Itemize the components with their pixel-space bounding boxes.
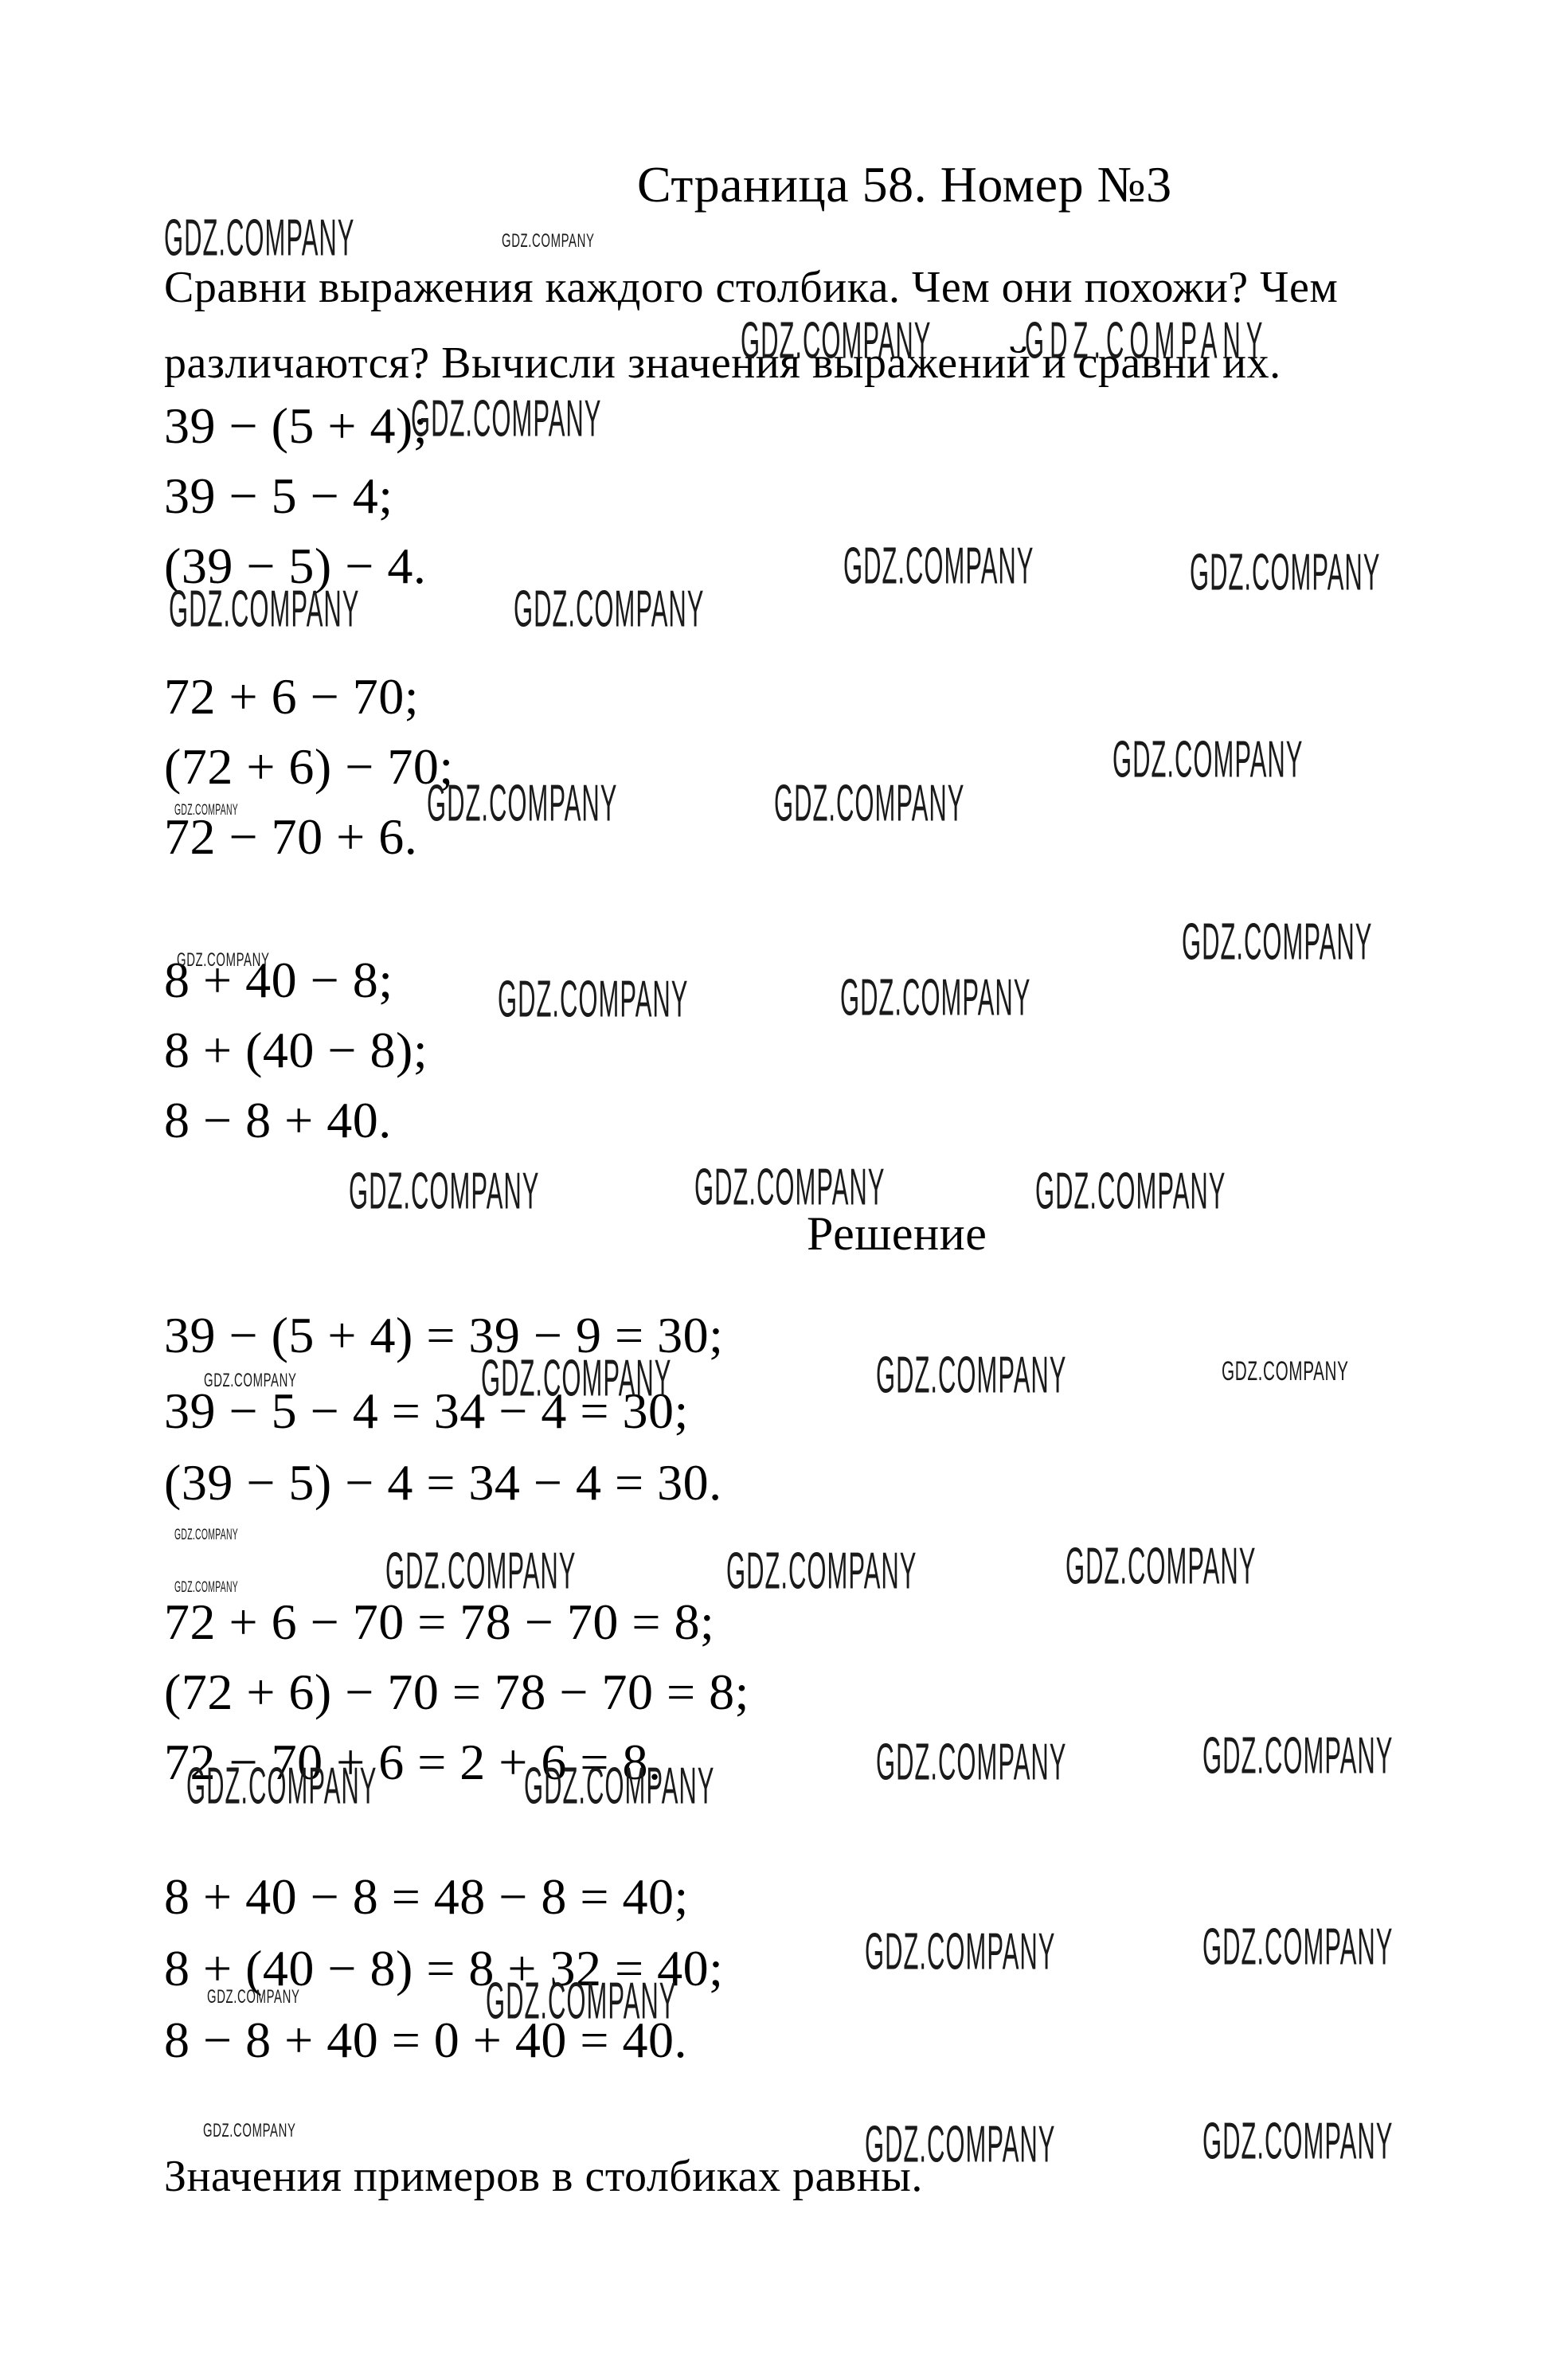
watermark: GDZ.COMPANY xyxy=(502,232,595,251)
expression-line: 8 − 8 + 40. xyxy=(164,1095,392,1146)
watermark: GDZ.COMPANY xyxy=(174,1527,238,1543)
watermark: GDZ.COMPANY xyxy=(207,1988,300,2007)
watermark: GDZ.COMPANY xyxy=(1035,1166,1226,1218)
watermark: GDZ.COMPANY xyxy=(1202,1922,1393,1973)
watermark: GDZ.COMPANY xyxy=(186,1761,377,1813)
watermark: GDZ.COMPANY xyxy=(203,2121,296,2141)
watermark: GDZ.COMPANY xyxy=(385,1546,576,1597)
watermark: GDZ.COMPANY xyxy=(1190,547,1380,599)
expression-line: 39 − (5 + 4); xyxy=(164,401,428,452)
solution-heading: Решение xyxy=(807,1210,987,1257)
watermark: GDZ.COMPANY xyxy=(774,778,964,830)
expression-line: 72 − 70 + 6. xyxy=(164,811,417,862)
watermark: GDZ.COMPANY xyxy=(481,1353,671,1405)
watermark: GDZ.COMPANY xyxy=(169,584,359,635)
watermark: GDZ.COMPANY xyxy=(865,2119,1055,2171)
watermark: GDZ.COMPANY xyxy=(840,972,1030,1024)
watermark: GDZ.COMPANY xyxy=(174,1580,238,1595)
watermark: GDZ.COMPANY xyxy=(741,315,931,367)
watermark: GDZ.COMPANY xyxy=(865,1926,1055,1978)
conclusion-line: Значения примеров в столбиках равны. xyxy=(164,2154,923,2199)
solution-line: (72 + 6) − 70 = 78 − 70 = 8; xyxy=(164,1667,749,1718)
watermark: GDZ.COMPANY xyxy=(1112,734,1303,786)
problem-intro-line: Сравни выражения каждого столбика. Чем о… xyxy=(164,265,1338,310)
watermark: GDZ.COMPANY xyxy=(524,1761,714,1813)
watermark: GDZ.COMPANY xyxy=(498,974,688,1026)
solution-line: 72 + 6 − 70 = 78 − 70 = 8; xyxy=(164,1597,714,1648)
watermark: GDZ.COMPANY xyxy=(843,541,1034,592)
page-title: Страница 58. Номер №3 xyxy=(637,159,1172,210)
watermark: GDZ.COMPANY xyxy=(411,393,601,445)
watermark: GDZ.COMPANY xyxy=(204,1371,297,1390)
watermark: GDZ.COMPANY xyxy=(174,803,238,818)
watermark: GDZ.COMPANY xyxy=(486,1976,676,2028)
watermark: GDZ.COMPANY xyxy=(1222,1358,1349,1385)
watermark: GDZ.COMPANY xyxy=(694,1162,885,1214)
watermark: GDZ.COMPANY xyxy=(1202,2116,1393,2168)
watermark: GDZ.COMPANY xyxy=(876,1737,1066,1789)
expression-line: 72 + 6 − 70; xyxy=(164,671,419,722)
watermark: GDZ.COMPANY xyxy=(514,584,704,635)
watermark: GDZ.COMPANY xyxy=(1182,917,1372,968)
watermark: GDZ.COMPANY xyxy=(726,1546,917,1597)
watermark: GDZ.COMPANY xyxy=(349,1166,539,1218)
scanned-document-page: Страница 58. Номер №3 Сравни выражения к… xyxy=(0,0,1568,2362)
watermark: GDZ.COMPANY xyxy=(177,951,270,970)
solution-line: (39 − 5) − 4 = 34 − 4 = 30. xyxy=(164,1457,722,1508)
expression-line: 39 − 5 − 4; xyxy=(164,471,393,522)
watermark: GDZ.COMPANY xyxy=(1025,315,1268,367)
watermark: GDZ.COMPANY xyxy=(1066,1541,1256,1593)
watermark: GDZ.COMPANY xyxy=(876,1350,1066,1402)
expression-line: 8 + (40 − 8); xyxy=(164,1025,428,1076)
watermark: GDZ.COMPANY xyxy=(1202,1730,1393,1782)
expression-line: (72 + 6) − 70; xyxy=(164,741,454,792)
watermark: GDZ.COMPANY xyxy=(164,213,354,264)
solution-line: 8 + 40 − 8 = 48 − 8 = 40; xyxy=(164,1871,689,1922)
watermark: GDZ.COMPANY xyxy=(427,778,617,830)
